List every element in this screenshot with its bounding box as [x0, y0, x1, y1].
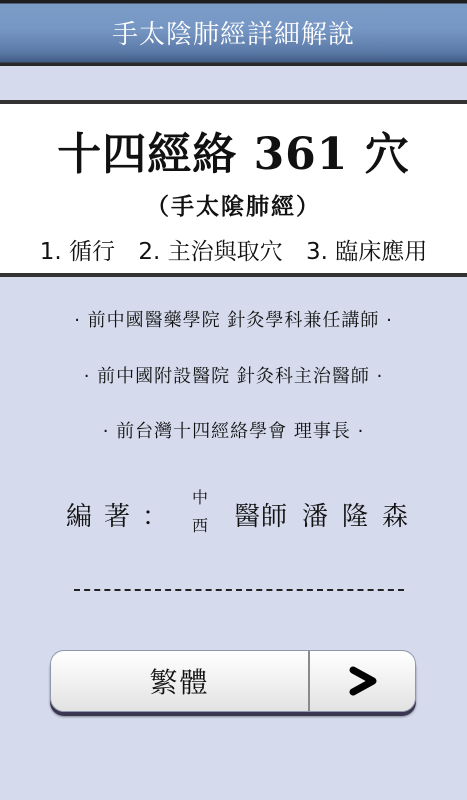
- chapter-item: 2. 主治與取穴: [138, 239, 282, 265]
- prefix-top: 中: [190, 484, 210, 512]
- book-subtitle: （手太隂肺經）: [0, 188, 467, 221]
- next-button[interactable]: [310, 651, 415, 711]
- author-block: 編著： 中 西 醫師潘隆森: [66, 480, 446, 550]
- title-banner: 十四經絡 361 穴 （手太隂肺經） 1. 循行 2. 主治與取穴 3. 臨床應…: [0, 100, 467, 277]
- author-name: 醫師潘隆森: [234, 496, 408, 533]
- header-spacer: [0, 66, 467, 100]
- button-label[interactable]: 繁體: [51, 651, 310, 711]
- author-prefix: 中 西: [190, 484, 210, 540]
- credential-line: · 前台灣十四經絡學會 理事長 ·: [0, 417, 467, 443]
- author-name-part: 隆: [342, 502, 368, 532]
- chevron-right-icon: [345, 665, 381, 697]
- chapter-item: 3. 臨床應用: [306, 239, 427, 265]
- credential-line: · 前中國醫藥學院 針灸學科兼任講師 ·: [0, 306, 467, 332]
- author-title: 醫師: [234, 502, 288, 532]
- app-header: 手太陰肺經詳細解說: [0, 0, 467, 66]
- book-title: 十四經絡 361 穴: [0, 118, 467, 182]
- chapter-item: 1. 循行: [40, 239, 115, 265]
- prefix-bottom: 西: [190, 512, 210, 540]
- author-label: 編著：: [66, 496, 180, 533]
- author-name-part: 森: [382, 502, 408, 532]
- traditional-chinese-button[interactable]: 繁體: [50, 650, 416, 712]
- dashed-divider: [74, 589, 404, 591]
- credential-line: · 前中國附設醫院 針灸科主治醫師 ·: [0, 362, 467, 388]
- page-title: 手太陰肺經詳細解說: [112, 14, 355, 51]
- author-name-part: 潘: [302, 502, 328, 532]
- chapter-list: 1. 循行 2. 主治與取穴 3. 臨床應用: [0, 233, 467, 266]
